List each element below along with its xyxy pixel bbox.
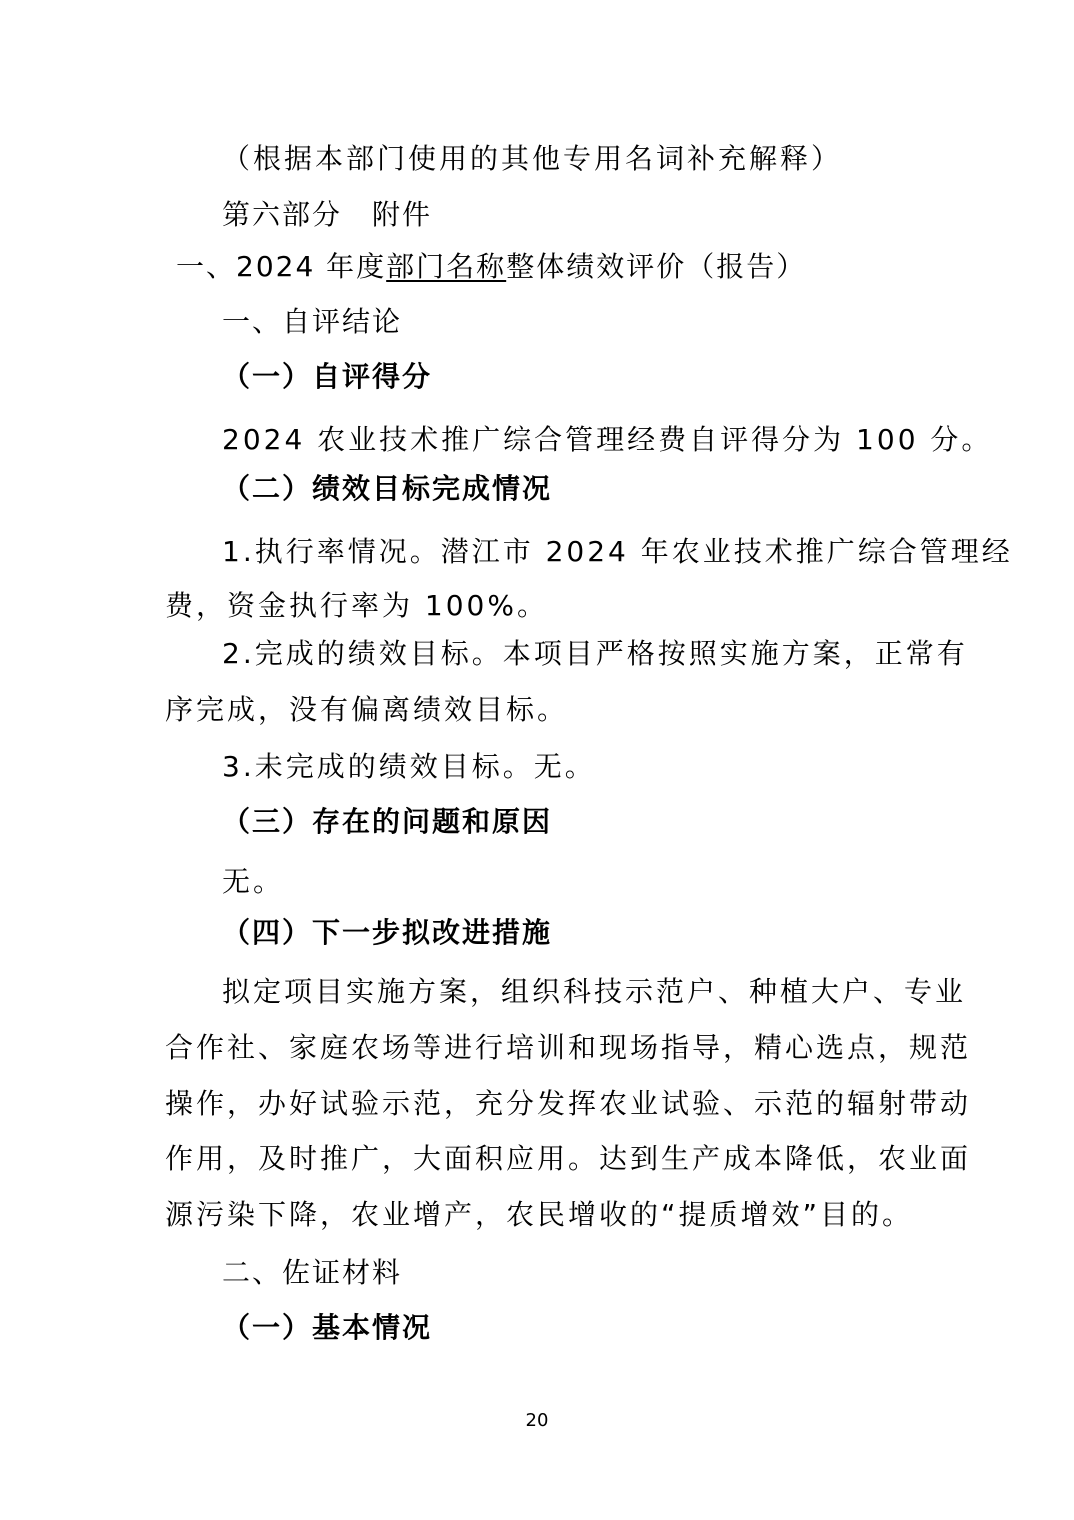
item1-line2: 费，资金执行率为 100%。 <box>165 589 548 623</box>
item2-line1: 2.完成的绩效目标。本项目严格按照实施方案，正常有 <box>222 637 912 671</box>
section-heading-supporting-materials: 二、佐证材料 <box>222 1256 402 1290</box>
report-title-department-name: 部门名称 <box>386 250 506 283</box>
improvement-line-3: 操作，办好试验示范，充分发挥农业试验、示范的辐射带动 <box>165 1087 911 1121</box>
subsection-heading-goal-completion: （二）绩效目标完成情况 <box>222 472 552 506</box>
section-heading-self-evaluation-conclusion: 一、自评结论 <box>222 305 402 339</box>
report-title-prefix: 一、2024 年度 <box>176 250 386 283</box>
item2-line2: 序完成，没有偏离绩效目标。 <box>165 693 568 727</box>
improvement-line-4: 作用，及时推广，大面积应用。达到生产成本降低，农业面 <box>165 1142 911 1176</box>
page-number: 20 <box>0 1410 1074 1432</box>
report-title: 一、2024 年度部门名称整体绩效评价（报告） <box>176 250 806 284</box>
subsection-heading-improvement: （四）下一步拟改进措施 <box>222 916 552 950</box>
self-score-text: 2024 农业技术推广综合管理经费自评得分为 100 分。 <box>222 423 992 457</box>
item3: 3.未完成的绩效目标。无。 <box>222 750 596 784</box>
subsection-heading-self-score: （一）自评得分 <box>222 360 432 394</box>
subsection-heading-problems: （三）存在的问题和原因 <box>222 805 552 839</box>
improvement-line-5: 源污染下降，农业增产，农民增收的“提质增效”目的。 <box>165 1198 913 1232</box>
problems-text: 无。 <box>222 865 284 899</box>
part-heading: 第六部分 附件 <box>222 198 432 232</box>
report-title-suffix: 整体绩效评价（报告） <box>506 250 806 283</box>
item1-line1: 1.执行率情况。潜江市 2024 年农业技术推广综合管理经 <box>222 535 912 569</box>
improvement-line-1: 拟定项目实施方案，组织科技示范户、种植大户、专业 <box>222 975 912 1009</box>
note-text: （根据本部门使用的其他专用名词补充解释） <box>222 142 842 176</box>
improvement-line-2: 合作社、家庭农场等进行培训和现场指导，精心选点，规范 <box>165 1031 911 1065</box>
subsection-heading-basic-info: （一）基本情况 <box>222 1311 432 1345</box>
